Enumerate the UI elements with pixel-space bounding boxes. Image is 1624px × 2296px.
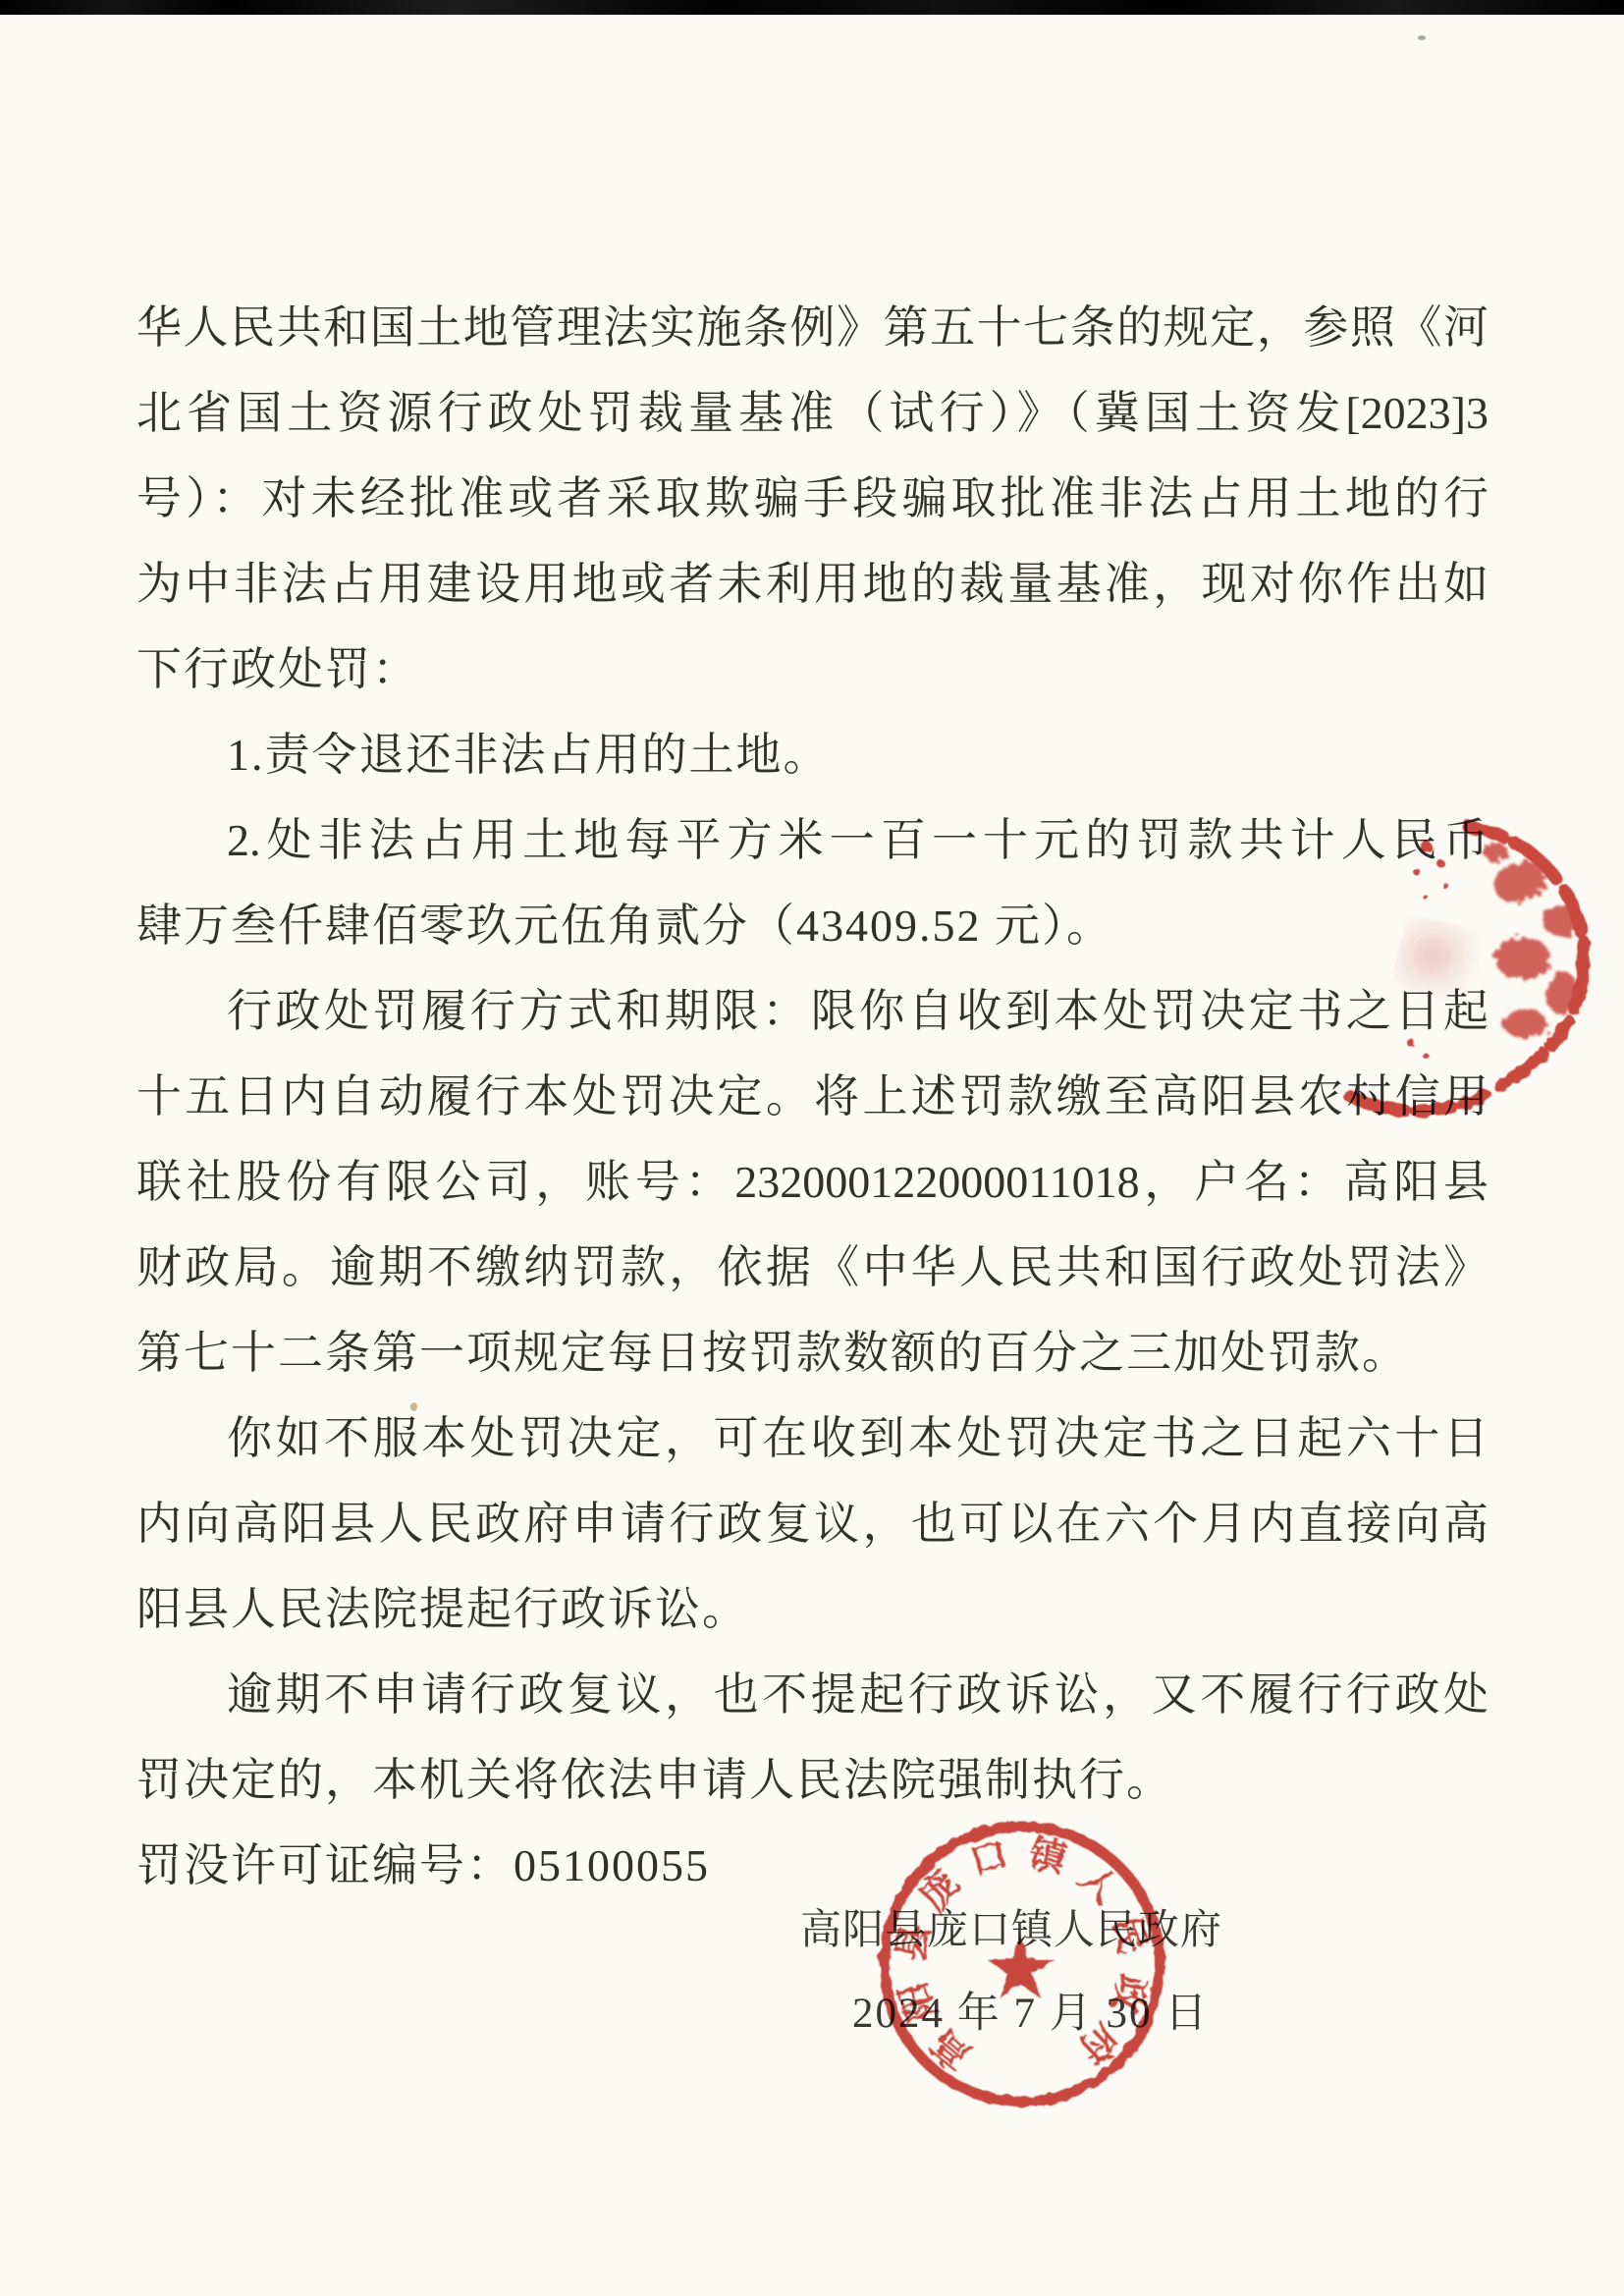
text-line: 财政局。逾期不缴纳罚款，依据《中华人民共和国行政处罚法》 [136, 1225, 1489, 1310]
seal-ink-smudge [1484, 844, 1580, 1038]
text-line: 阳县人民法院提起行政诉讼。 [136, 1566, 1489, 1652]
text-line: 为中非法占用建设用地或者未利用地的裁量基准，现对你作出如 [136, 541, 1489, 627]
text-line: 十五日内自动履行本处罚决定。将上述罚款缴至高阳县农村信用 [136, 1054, 1489, 1139]
text-line: 逾期不申请行政复议，也不提起行政诉讼，又不履行行政处 [136, 1652, 1489, 1737]
text-line: 内向高阳县人民政府申请行政复议，也可以在六个月内直接向高 [136, 1481, 1489, 1566]
text-line: 号）：对未经批准或者采取欺骗手段骗取批准非法占用土地的行 [136, 456, 1489, 541]
text-line: 下行政处罚： [136, 627, 1489, 712]
scan-speck [410, 1402, 417, 1411]
scanned-document-page: { "page": { "background": "#fbfaf4", "in… [0, 0, 1624, 2296]
text-line: 你如不服本处罚决定，可在收到本处罚决定书之日起六十日 [136, 1395, 1489, 1481]
scan-artifact-top-bar [0, 0, 1624, 15]
text-line: 北省国土资源行政处罚裁量基准（试行）》（冀国土资发[2023]3 [136, 370, 1489, 456]
text-line: 联社股份有限公司，账号：232000122000011018，户名：高阳县 [136, 1139, 1489, 1225]
text-line: 1.责令退还非法占用的土地。 [136, 712, 1489, 797]
text-line: 2.处非法占用土地每平方米一百一十元的罚款共计人民币 [136, 797, 1489, 883]
text-line: 第七十二条第一项规定每日按罚款数额的百分之三加处罚款。 [136, 1310, 1489, 1395]
text-line: 行政处罚履行方式和期限：限你自收到本处罚决定书之日起 [136, 968, 1489, 1054]
text-line: 华人民共和国土地管理法实施条例》第五十七条的规定，参照《河 [136, 285, 1489, 370]
document-lines: 华人民共和国土地管理法实施条例》第五十七条的规定，参照《河北省国土资源行政处罚裁… [136, 285, 1489, 1908]
scan-speck [1418, 35, 1426, 40]
issuing-agency: 高阳县庞口镇人民政府 [800, 1909, 1222, 1952]
text-line: 肆万叁仟肆佰零玖元伍角贰分（43409.52 元）。 [136, 883, 1489, 968]
text-line: 罚没许可证编号：05100055 [136, 1823, 1489, 1908]
issue-date: 2024 年 7 月 30 日 [852, 1992, 1209, 2036]
text-line: 罚决定的，本机关将依法申请人民法院强制执行。 [136, 1737, 1489, 1823]
